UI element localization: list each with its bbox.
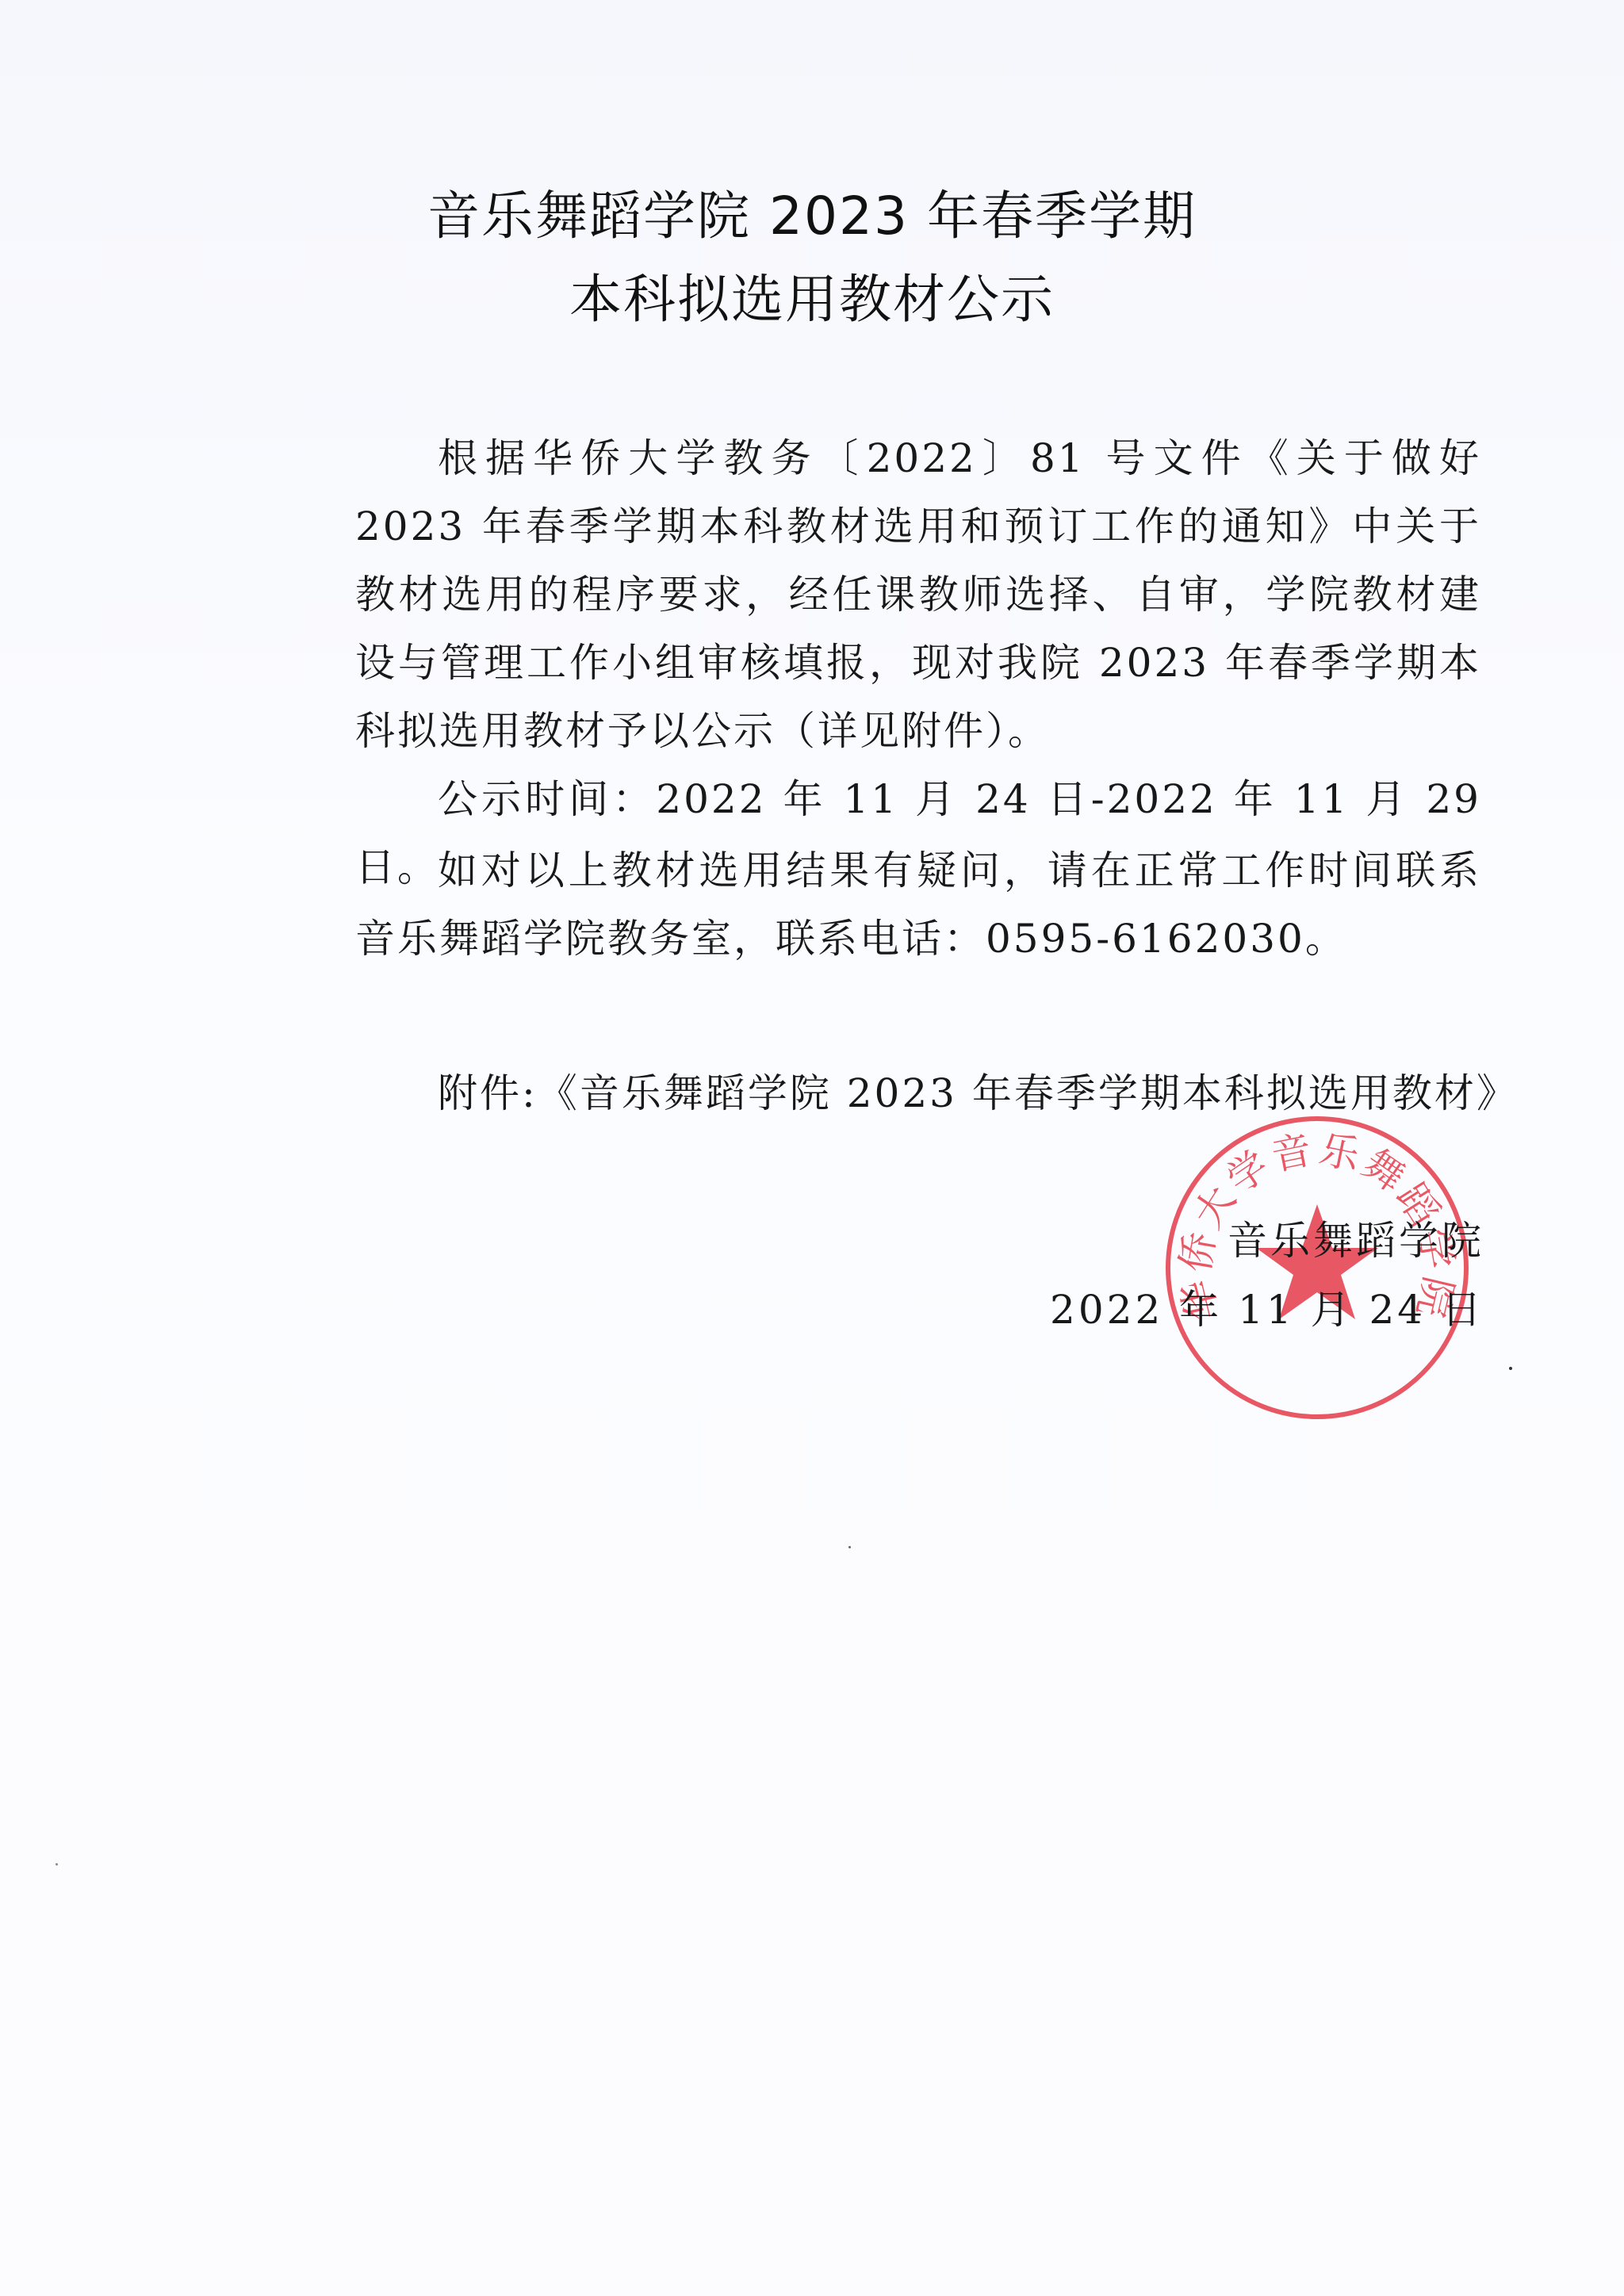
body-paragraph-contact: 如对以上教材选用结果有疑问，请在正常工作时间联系音乐舞蹈学院教务室，联系电话：0… [355,836,1481,973]
signature-organization: 音乐舞蹈学院 [1228,1209,1484,1266]
document-page: 音乐舞蹈学院 2023 年春季学期 本科拟选用教材公示 根据华侨大学教务〔202… [0,0,1624,2296]
scan-speck [1509,1367,1512,1370]
official-seal: 华侨大学音乐舞蹈学院 [1162,1113,1472,1422]
scan-speck [848,1546,851,1548]
paragraph-text: 根据华侨大学教务〔2022〕81 号文件《关于做好 2023 年春季学期本科教材… [355,424,1481,765]
body-paragraph-basis: 根据华侨大学教务〔2022〕81 号文件《关于做好 2023 年春季学期本科教材… [355,424,1481,765]
paragraph-text: 如对以上教材选用结果有疑问，请在正常工作时间联系音乐舞蹈学院教务室，联系电话：0… [355,836,1481,973]
scan-speck [56,1863,58,1865]
title-line-1: 音乐舞蹈学院 2023 年春季学期 [0,190,1624,243]
signature-date: 2022 年 11 月 24 日 [1050,1278,1484,1335]
title-line-2: 本科拟选用教材公示 [0,274,1624,326]
